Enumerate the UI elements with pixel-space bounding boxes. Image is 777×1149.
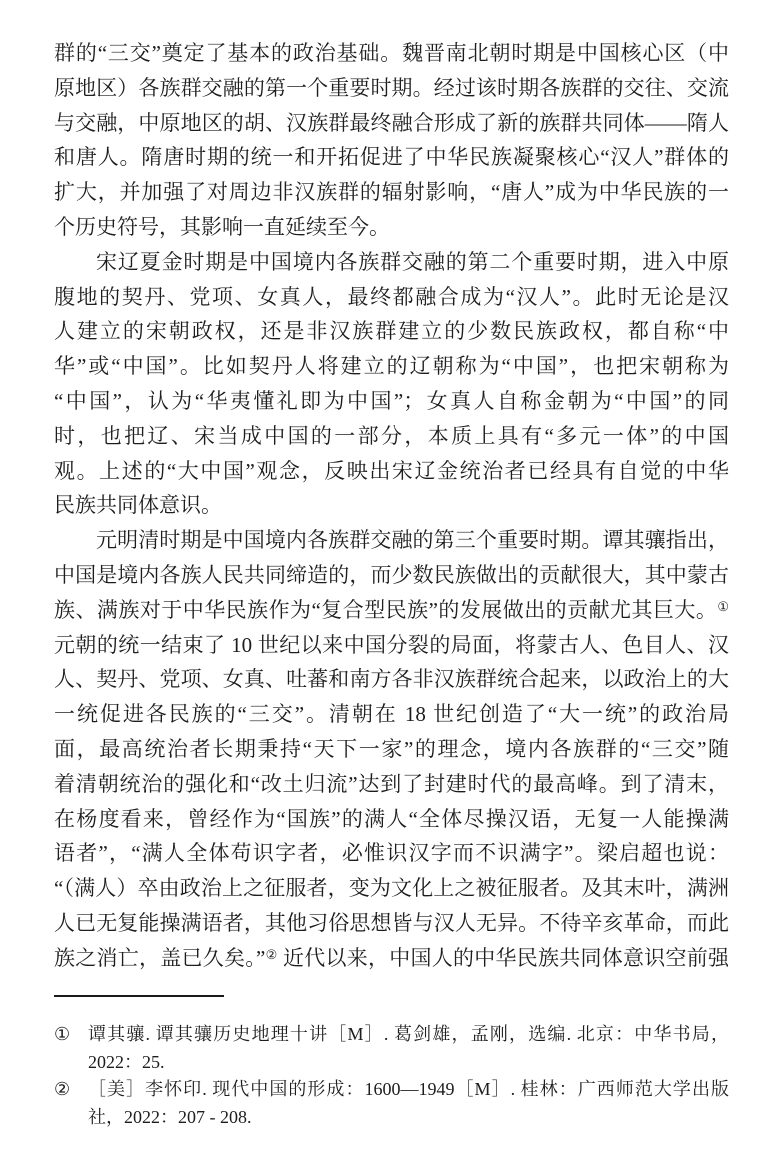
footnote-text: 谭其骧. 谭其骧历史地理十讲［M］. 葛剑雄，孟刚，选编. 北京：中华书局，20… (88, 1021, 729, 1076)
text-line: 着清朝统治的强化和“改土归流”达到了封建时代的最高峰。到了清末， (54, 767, 729, 802)
text-line: 和唐人。隋唐时期的统一和开拓促进了中华民族凝聚核心“汉人”群体的 (54, 140, 729, 175)
footnote-text: ［美］李怀印. 现代中国的形成：1600—1949［M］. 桂林：广西师范大学出… (88, 1076, 729, 1131)
footnote-item: ① 谭其骧. 谭其骧历史地理十讲［M］. 葛剑雄，孟刚，选编. 北京：中华书局，… (54, 1021, 729, 1076)
footnote-marker: ① (54, 1021, 88, 1076)
footnote-item: ② ［美］李怀印. 现代中国的形成：1600—1949［M］. 桂林：广西师范大… (54, 1076, 729, 1131)
text-line: 族、满族对于中华民族作为“复合型民族”的发展做出的贡献尤其巨大。① (54, 593, 729, 628)
text-line: 中国是境内各族人民共同缔造的，而少数民族做出的贡献很大，其中蒙古 (54, 558, 729, 593)
text-line: 人已无复能操满语者，其他习俗思想皆与汉人无异。不待辛亥革命，而此 (54, 906, 729, 941)
text-line: 腹地的契丹、党项、女真人，最终都融合成为“汉人”。此时无论是汉 (54, 280, 729, 315)
text-line: 与交融，中原地区的胡、汉族群最终融合形成了新的族群共同体——隋人 (54, 106, 729, 141)
text-line: 一统促进各民族的“三交”。清朝在 18 世纪创造了“大一统”的政治局 (54, 697, 729, 732)
text-line: 民族共同体意识。 (54, 488, 729, 523)
text-line: 群的“三交”奠定了基本的政治基础。魏晋南北朝时期是中国核心区（中 (54, 36, 729, 71)
footnotes-section: ① 谭其骧. 谭其骧历史地理十讲［M］. 葛剑雄，孟刚，选编. 北京：中华书局，… (54, 1021, 729, 1131)
text-line: 元朝的统一结束了 10 世纪以来中国分裂的局面，将蒙古人、色目人、汉 (54, 628, 729, 663)
text-line: 在杨度看来，曾经作为“国族”的满人“全体尽操汉语，无复一人能操满 (54, 802, 729, 837)
text-line: 族之消亡，盖已久矣。”② 近代以来，中国人的中华民族共同体意识空前强 (54, 941, 729, 976)
text-line: 个历史符号，其影响一直延续至今。 (54, 210, 729, 245)
text-line: 观。上述的“大中国”观念，反映出宋辽金统治者已经具有自觉的中华 (54, 454, 729, 489)
text-line: “中国”，认为“华夷懂礼即为中国”；女真人自称金朝为“中国”的同 (54, 384, 729, 419)
footnote-separator (54, 995, 224, 997)
text-line: 人、契丹、党项、女真、吐蕃和南方各非汉族群统合起来，以政治上的大 (54, 662, 729, 697)
footnote-reference: ② (265, 947, 277, 962)
document-page: 群的“三交”奠定了基本的政治基础。魏晋南北朝时期是中国核心区（中原地区）各族群交… (0, 0, 777, 1149)
text-line: 华”或“中国”。比如契丹人将建立的辽朝称为“中国”，也把宋朝称为 (54, 349, 729, 384)
text-line: 时，也把辽、宋当成中国的一部分，本质上具有“多元一体”的中国 (54, 419, 729, 454)
text-line: 人建立的宋朝政权，还是非汉族群建立的少数民族政权，都自称“中 (54, 314, 729, 349)
footnote-reference: ① (717, 599, 729, 614)
text-line: 扩大，并加强了对周边非汉族群的辐射影响，“唐人”成为中华民族的一 (54, 175, 729, 210)
text-line: 面，最高统治者长期秉持“天下一家”的理念，境内各族群的“三交”随 (54, 732, 729, 767)
footnote-marker: ② (54, 1076, 88, 1131)
text-line: 原地区）各族群交融的第一个重要时期。经过该时期各族群的交往、交流 (54, 71, 729, 106)
body-text: 群的“三交”奠定了基本的政治基础。魏晋南北朝时期是中国核心区（中原地区）各族群交… (54, 36, 729, 976)
text-line: 语者”，“满人全体苟识字者，必惟识汉字而不识满字”。梁启超也说： (54, 836, 729, 871)
text-line: “（满人）卒由政治上之征服者，变为文化上之被征服者。及其末叶，满洲 (54, 871, 729, 906)
text-line: 元明清时期是中国境内各族群交融的第三个重要时期。谭其骧指出， (54, 523, 729, 558)
text-line: 宋辽夏金时期是中国境内各族群交融的第二个重要时期，进入中原 (54, 245, 729, 280)
